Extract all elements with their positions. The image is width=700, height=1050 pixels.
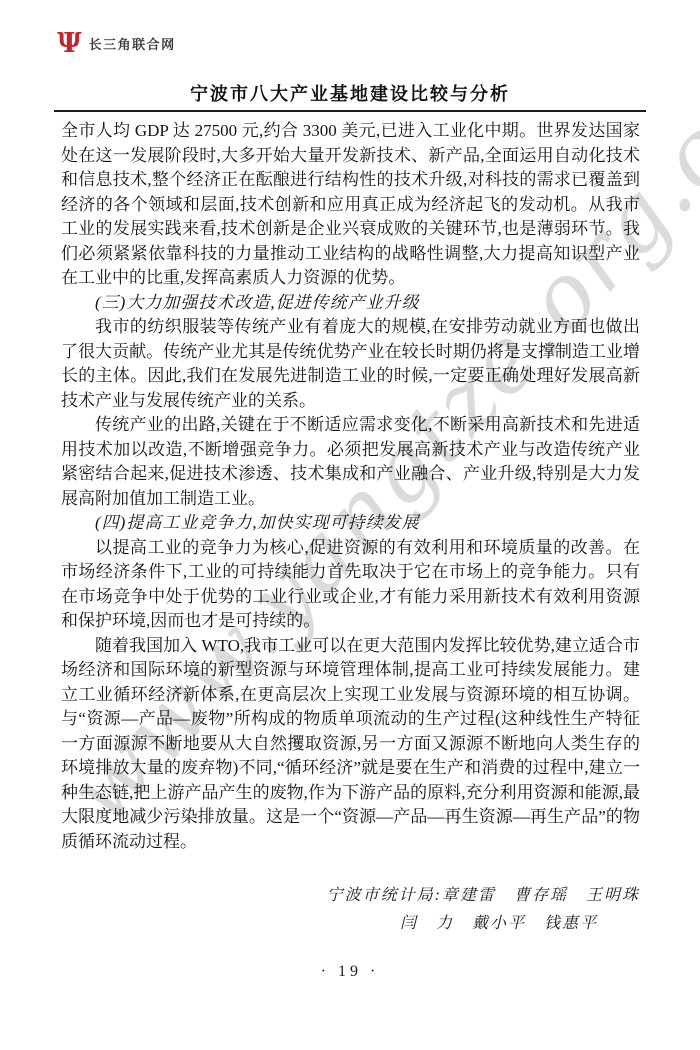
body-paragraph: 我市的纺织服装等传统产业有着庞大的规模,在安排劳动就业方面也做出了很大贡献。传统… <box>61 315 640 413</box>
body-paragraph: 随着我国加入 WTO,我市工业可以在更大范围内发挥比较优势,建立适合市场经济和国… <box>61 634 640 855</box>
scanned-document-page: www.yangtze.org.cn Ψ 长三角联合网 宁波市八大产业基地建设比… <box>0 0 700 1050</box>
title-divider-line <box>54 110 646 112</box>
body-paragraph: 传统产业的出路,关键在于不断适应需求变化,不断采用高新技术和先进适用技术加以改造… <box>61 413 640 511</box>
signature-line-2: 闫 力 戴小平 钱惠平 <box>327 910 598 938</box>
page-number: · 19 · <box>0 963 700 981</box>
body-paragraph: 以提高工业的竞争力为核心,促进资源的有效利用和环境质量的改善。在市场经济条件下,… <box>61 536 640 634</box>
section-heading: (四)提高工业竞争力,加快实现可持续发展 <box>61 511 640 536</box>
article-body: 全市人均 GDP 达 27500 元,约合 3300 美元,已进入工业化中期。世… <box>61 119 640 854</box>
signature-line-1: 宁波市统计局:章建雷 曹存瑶 王明珠 <box>327 882 640 910</box>
site-logo-text: 长三角联合网 <box>89 34 176 53</box>
section-heading: (三)大力加强技术改造,促进传统产业升级 <box>61 291 640 316</box>
author-signature-block: 宁波市统计局:章建雷 曹存瑶 王明珠 闫 力 戴小平 钱惠平 <box>327 882 640 938</box>
site-logo: Ψ 长三角联合网 <box>57 30 176 57</box>
body-paragraph: 全市人均 GDP 达 27500 元,约合 3300 美元,已进入工业化中期。世… <box>61 119 640 291</box>
document-title: 宁波市八大产业基地建设比较与分析 <box>0 80 700 106</box>
trident-psi-icon: Ψ <box>57 30 82 57</box>
